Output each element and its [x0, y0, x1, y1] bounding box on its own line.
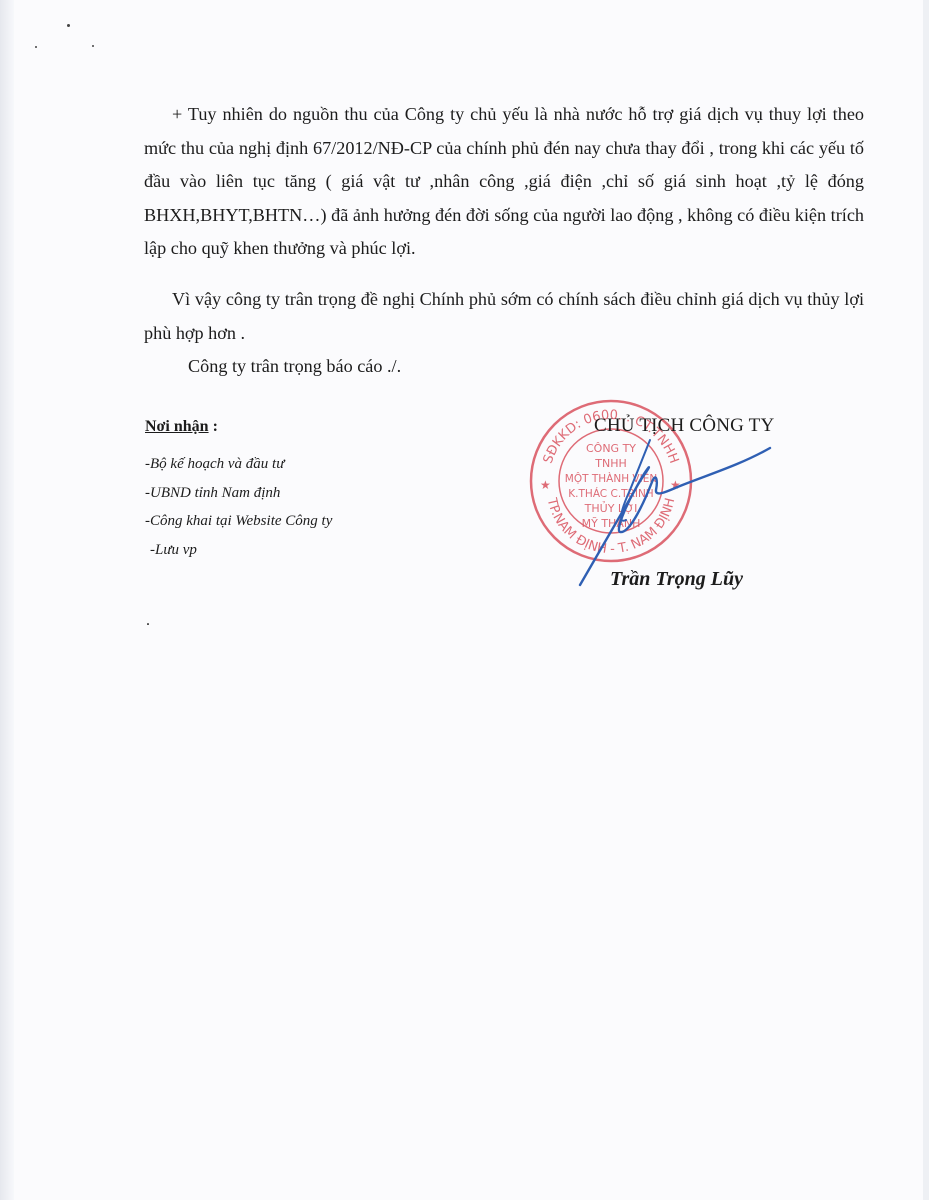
trailing-mark: .	[146, 612, 150, 630]
paragraph-proposal: Vì vậy công ty trân trọng đề nghị Chính …	[144, 283, 864, 350]
scan-speck	[92, 45, 94, 47]
recipient-item: -Lưu vp	[145, 536, 332, 565]
recipient-item: -Công khai tại Website Công ty	[145, 507, 332, 536]
svg-text:★: ★	[540, 478, 551, 492]
recipient-item: -Bộ kế hoạch và đầu tư	[145, 450, 332, 479]
scan-edge-right	[923, 0, 929, 1200]
paragraph-funding-issue: + Tuy nhiên do nguồn thu của Công ty chủ…	[144, 98, 864, 266]
scan-speck	[35, 46, 37, 48]
recipients-heading: Nơi nhận :	[145, 418, 218, 436]
scan-edge-left	[0, 0, 14, 1200]
scan-speck	[67, 24, 70, 27]
recipients-heading-colon: :	[209, 418, 218, 435]
recipient-item: -UBND tỉnh Nam định	[145, 479, 332, 508]
recipients-heading-text: Nơi nhận	[145, 418, 209, 435]
handwritten-signature-icon	[560, 420, 780, 590]
paragraph-closing: Công ty trân trọng báo cáo ./.	[144, 350, 864, 384]
recipients-list: -Bộ kế hoạch và đầu tư -UBND tỉnh Nam đị…	[145, 450, 332, 564]
